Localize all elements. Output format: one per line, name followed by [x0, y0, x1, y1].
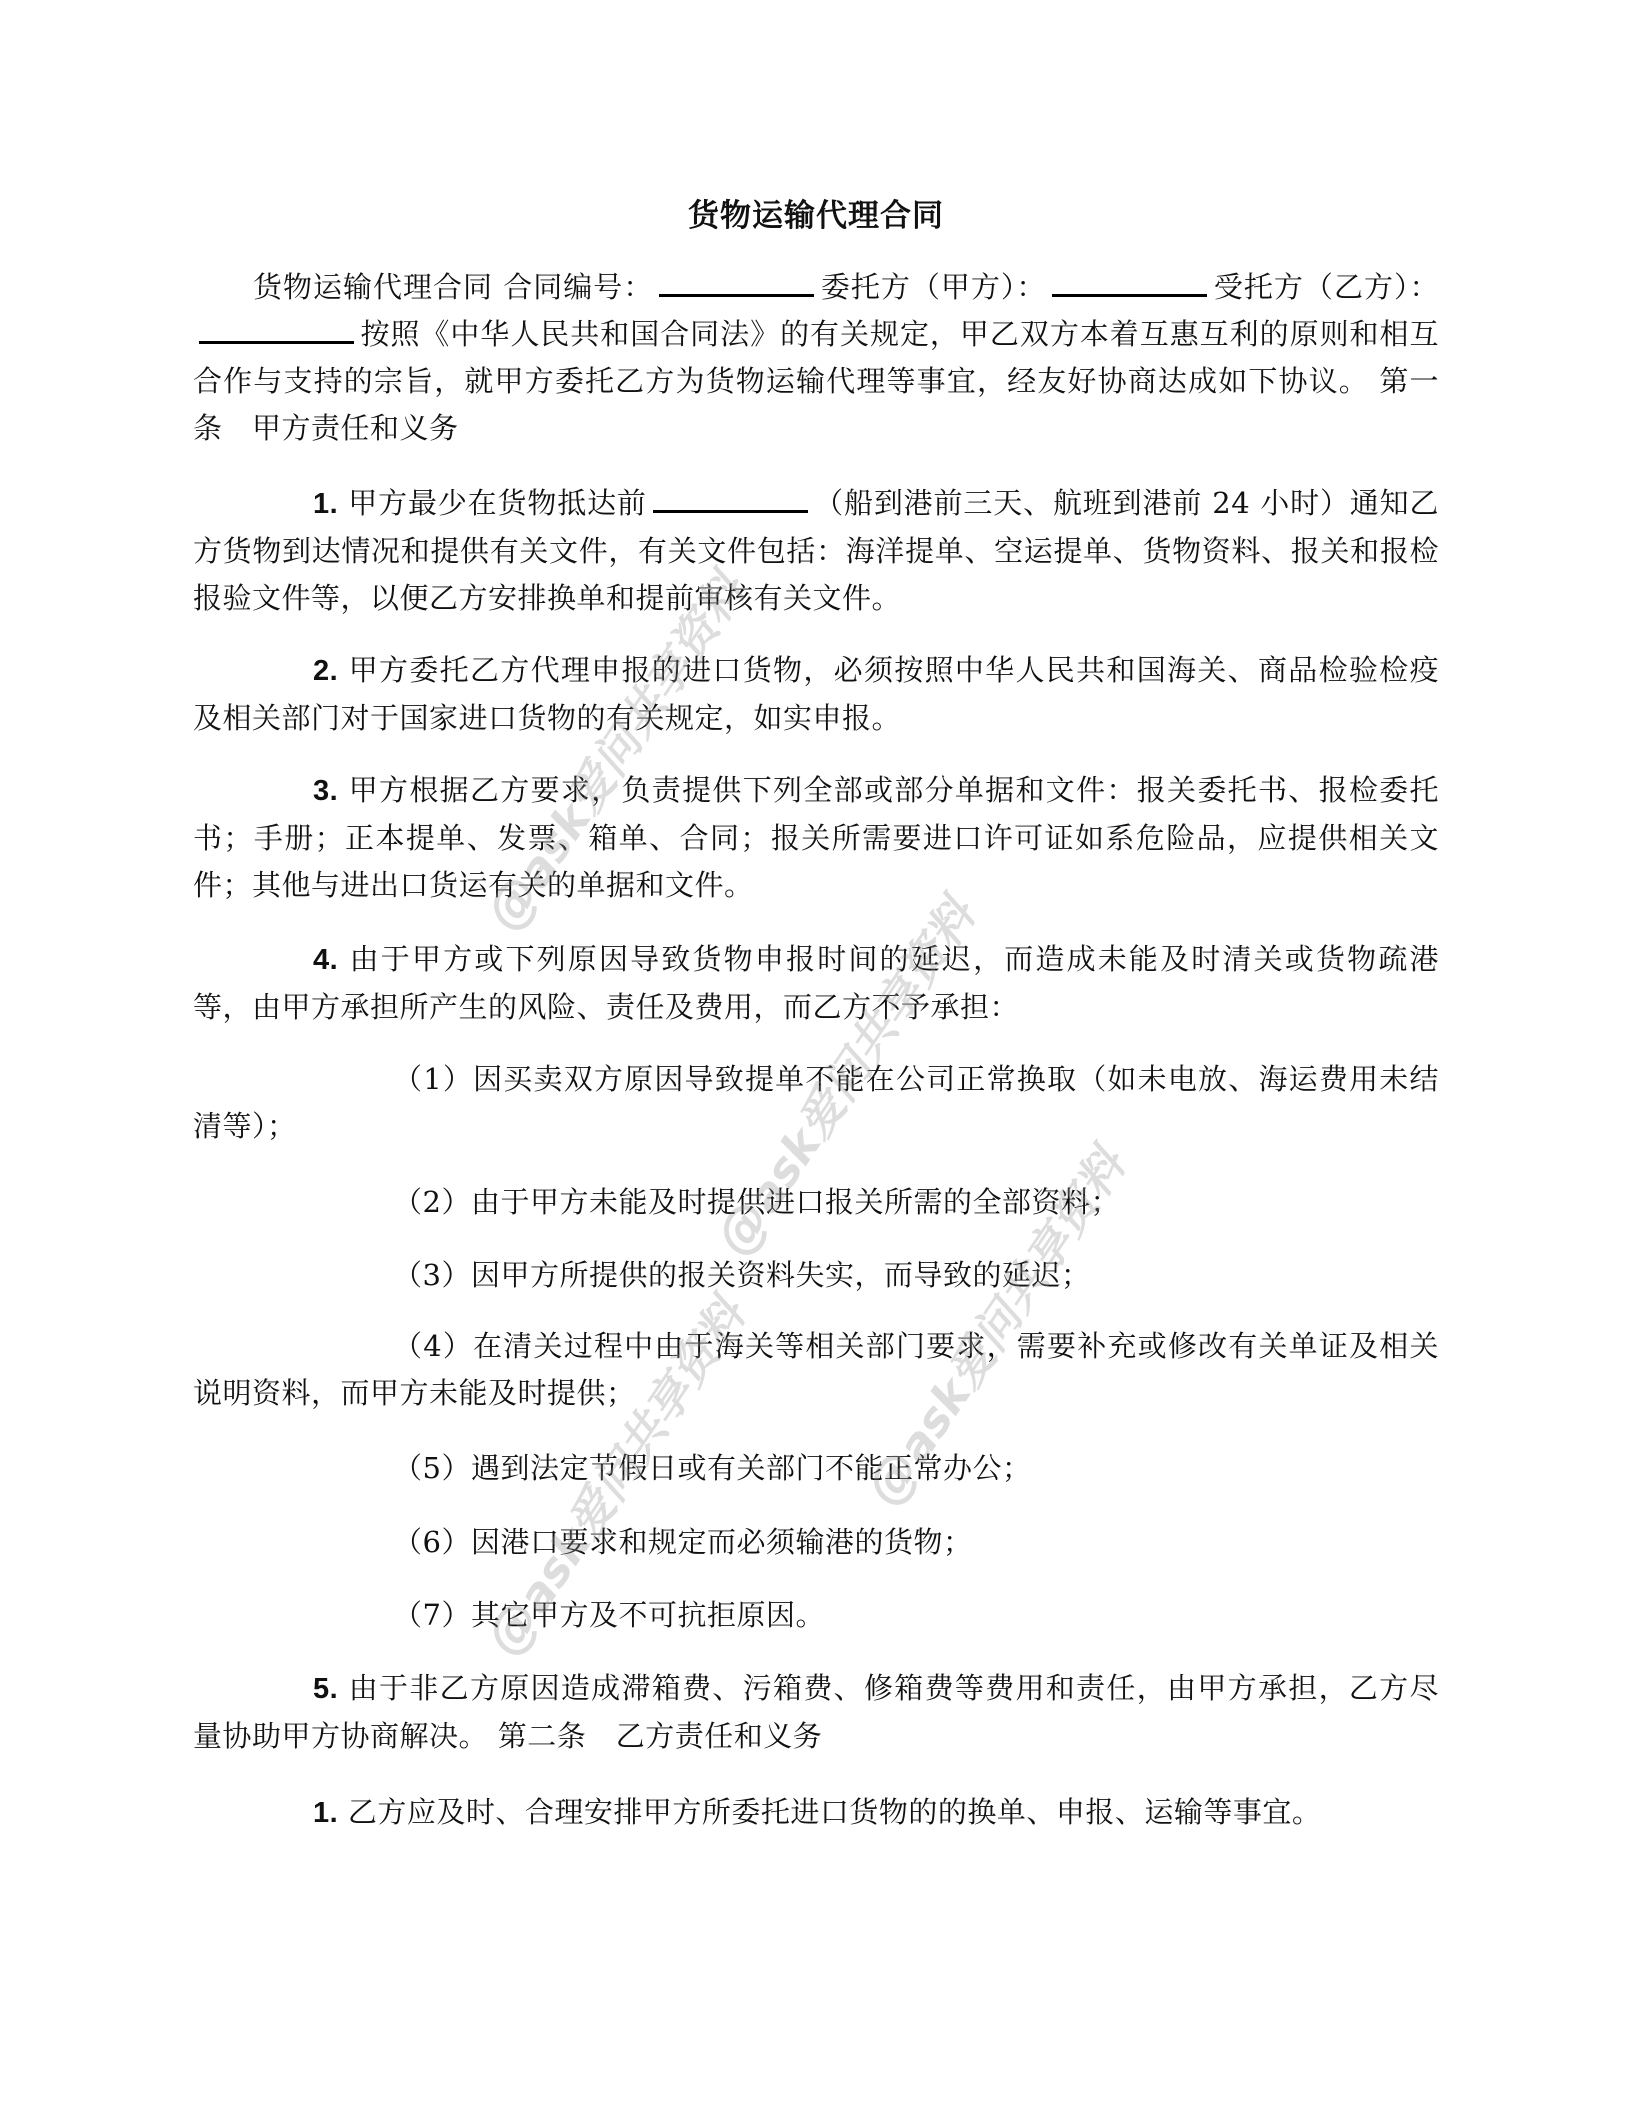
preamble-text-2: 委托方（甲方）： [820, 270, 1046, 304]
sub-item-text: 在清关过程中由于海关等相关部门要求，需要补充或修改有关单证及相关说明资料，而甲方… [193, 1329, 1439, 1410]
sub-item-1: （1）因买卖双方原因导致提单不能在公司正常换取（如未电放、海运费用未结清等）； [193, 1056, 1439, 1150]
party-a-blank[interactable] [1052, 268, 1207, 297]
sub-item-3: （3）因甲方所提供的报关资料失实，而导致的延迟； [193, 1252, 1439, 1299]
party-b-blank[interactable] [199, 315, 354, 344]
item-number: 1. [313, 1797, 338, 1829]
sub-item-4: （4）在清关过程中由于海关等相关部门要求，需要补充或修改有关单证及相关说明资料，… [193, 1323, 1439, 1417]
item-text-before: 甲方最少在货物抵达前 [348, 486, 647, 520]
sub-item-text: 遇到法定节假日或有关部门不能正常办公； [471, 1451, 1032, 1485]
item-text: 由于非乙方原因造成滞箱费、污箱费、修箱费等费用和责任，由甲方承担，乙方尽量协助甲… [193, 1671, 1439, 1753]
preamble-text-3: 受托方（乙方）： [1213, 270, 1439, 304]
preamble-text-4: 按照《中华人民共和国合同法》的有关规定，甲乙双方本着互惠互利的原则和相互合作与支… [193, 317, 1439, 445]
article1-item-1: 1. 甲方最少在货物抵达前（船到港前三天、航班到港前 24 小时）通知乙方货物到… [193, 480, 1439, 622]
sub-item-number: （3） [393, 1258, 471, 1292]
item-text: 由于甲方或下列原因导致货物申报时间的延迟，而造成未能及时清关或货物疏港等，由甲方… [193, 942, 1439, 1024]
sub-item-number: （2） [393, 1185, 471, 1219]
item-number: 3. [313, 775, 338, 807]
sub-item-number: （7） [393, 1598, 471, 1632]
item-number: 4. [313, 944, 338, 976]
sub-item-text: 其它甲方及不可抗拒原因。 [471, 1598, 825, 1632]
sub-item-text: 因买卖双方原因导致提单不能在公司正常换取（如未电放、海运费用未结清等）； [193, 1062, 1439, 1143]
item-number: 2. [313, 655, 338, 687]
article1-item-2: 2. 甲方委托乙方代理申报的进口货物，必须按照中华人民共和国海关、商品检验检疫及… [193, 647, 1439, 742]
sub-item-5: （5）遇到法定节假日或有关部门不能正常办公； [193, 1445, 1439, 1492]
sub-item-6: （6）因港口要求和规定而必须输港的货物； [193, 1519, 1439, 1566]
sub-item-2: （2）由于甲方未能及时提供进口报关所需的全部资料； [193, 1179, 1439, 1226]
item-number: 1. [313, 488, 338, 520]
document-title: 货物运输代理合同 [0, 190, 1632, 235]
article2-item-1: 1. 乙方应及时、合理安排甲方所委托进口货物的的换单、申报、运输等事宜。 [193, 1789, 1439, 1837]
article1-item-5: 5. 由于非乙方原因造成滞箱费、污箱费、修箱费等费用和责任，由甲方承担，乙方尽量… [193, 1665, 1439, 1760]
sub-item-7: （7）其它甲方及不可抗拒原因。 [193, 1592, 1439, 1639]
item-text: 乙方应及时、合理安排甲方所委托进口货物的的换单、申报、运输等事宜。 [348, 1795, 1322, 1829]
item-text: 甲方委托乙方代理申报的进口货物，必须按照中华人民共和国海关、商品检验检疫及相关部… [193, 653, 1439, 735]
sub-item-text: 因港口要求和规定而必须输港的货物； [471, 1525, 973, 1559]
item-text: 甲方根据乙方要求，负责提供下列全部或部分单据和文件：报关委托书、报检委托书；手册… [193, 773, 1439, 902]
sub-item-number: （5） [393, 1451, 471, 1485]
sub-item-text: 由于甲方未能及时提供进口报关所需的全部资料； [471, 1185, 1120, 1219]
article1-item-4: 4. 由于甲方或下列原因导致货物申报时间的延迟，而造成未能及时清关或货物疏港等，… [193, 936, 1439, 1031]
document-page: 货物运输代理合同 货物运输代理合同 合同编号：委托方（甲方）：受托方（乙方）：按… [0, 0, 1632, 2112]
sub-item-number: （4） [393, 1329, 473, 1363]
sub-item-text: 因甲方所提供的报关资料失实，而导致的延迟； [471, 1258, 1091, 1292]
notice-days-blank[interactable] [653, 484, 808, 513]
article1-item-3: 3. 甲方根据乙方要求，负责提供下列全部或部分单据和文件：报关委托书、报检委托书… [193, 767, 1439, 909]
sub-item-number: （6） [393, 1525, 471, 1559]
contract-number-blank[interactable] [659, 268, 814, 297]
preamble-paragraph: 货物运输代理合同 合同编号：委托方（甲方）：受托方（乙方）：按照《中华人民共和国… [193, 264, 1439, 452]
sub-item-number: （1） [393, 1062, 473, 1096]
preamble-text-1: 货物运输代理合同 合同编号： [253, 270, 653, 304]
item-number: 5. [313, 1673, 338, 1705]
